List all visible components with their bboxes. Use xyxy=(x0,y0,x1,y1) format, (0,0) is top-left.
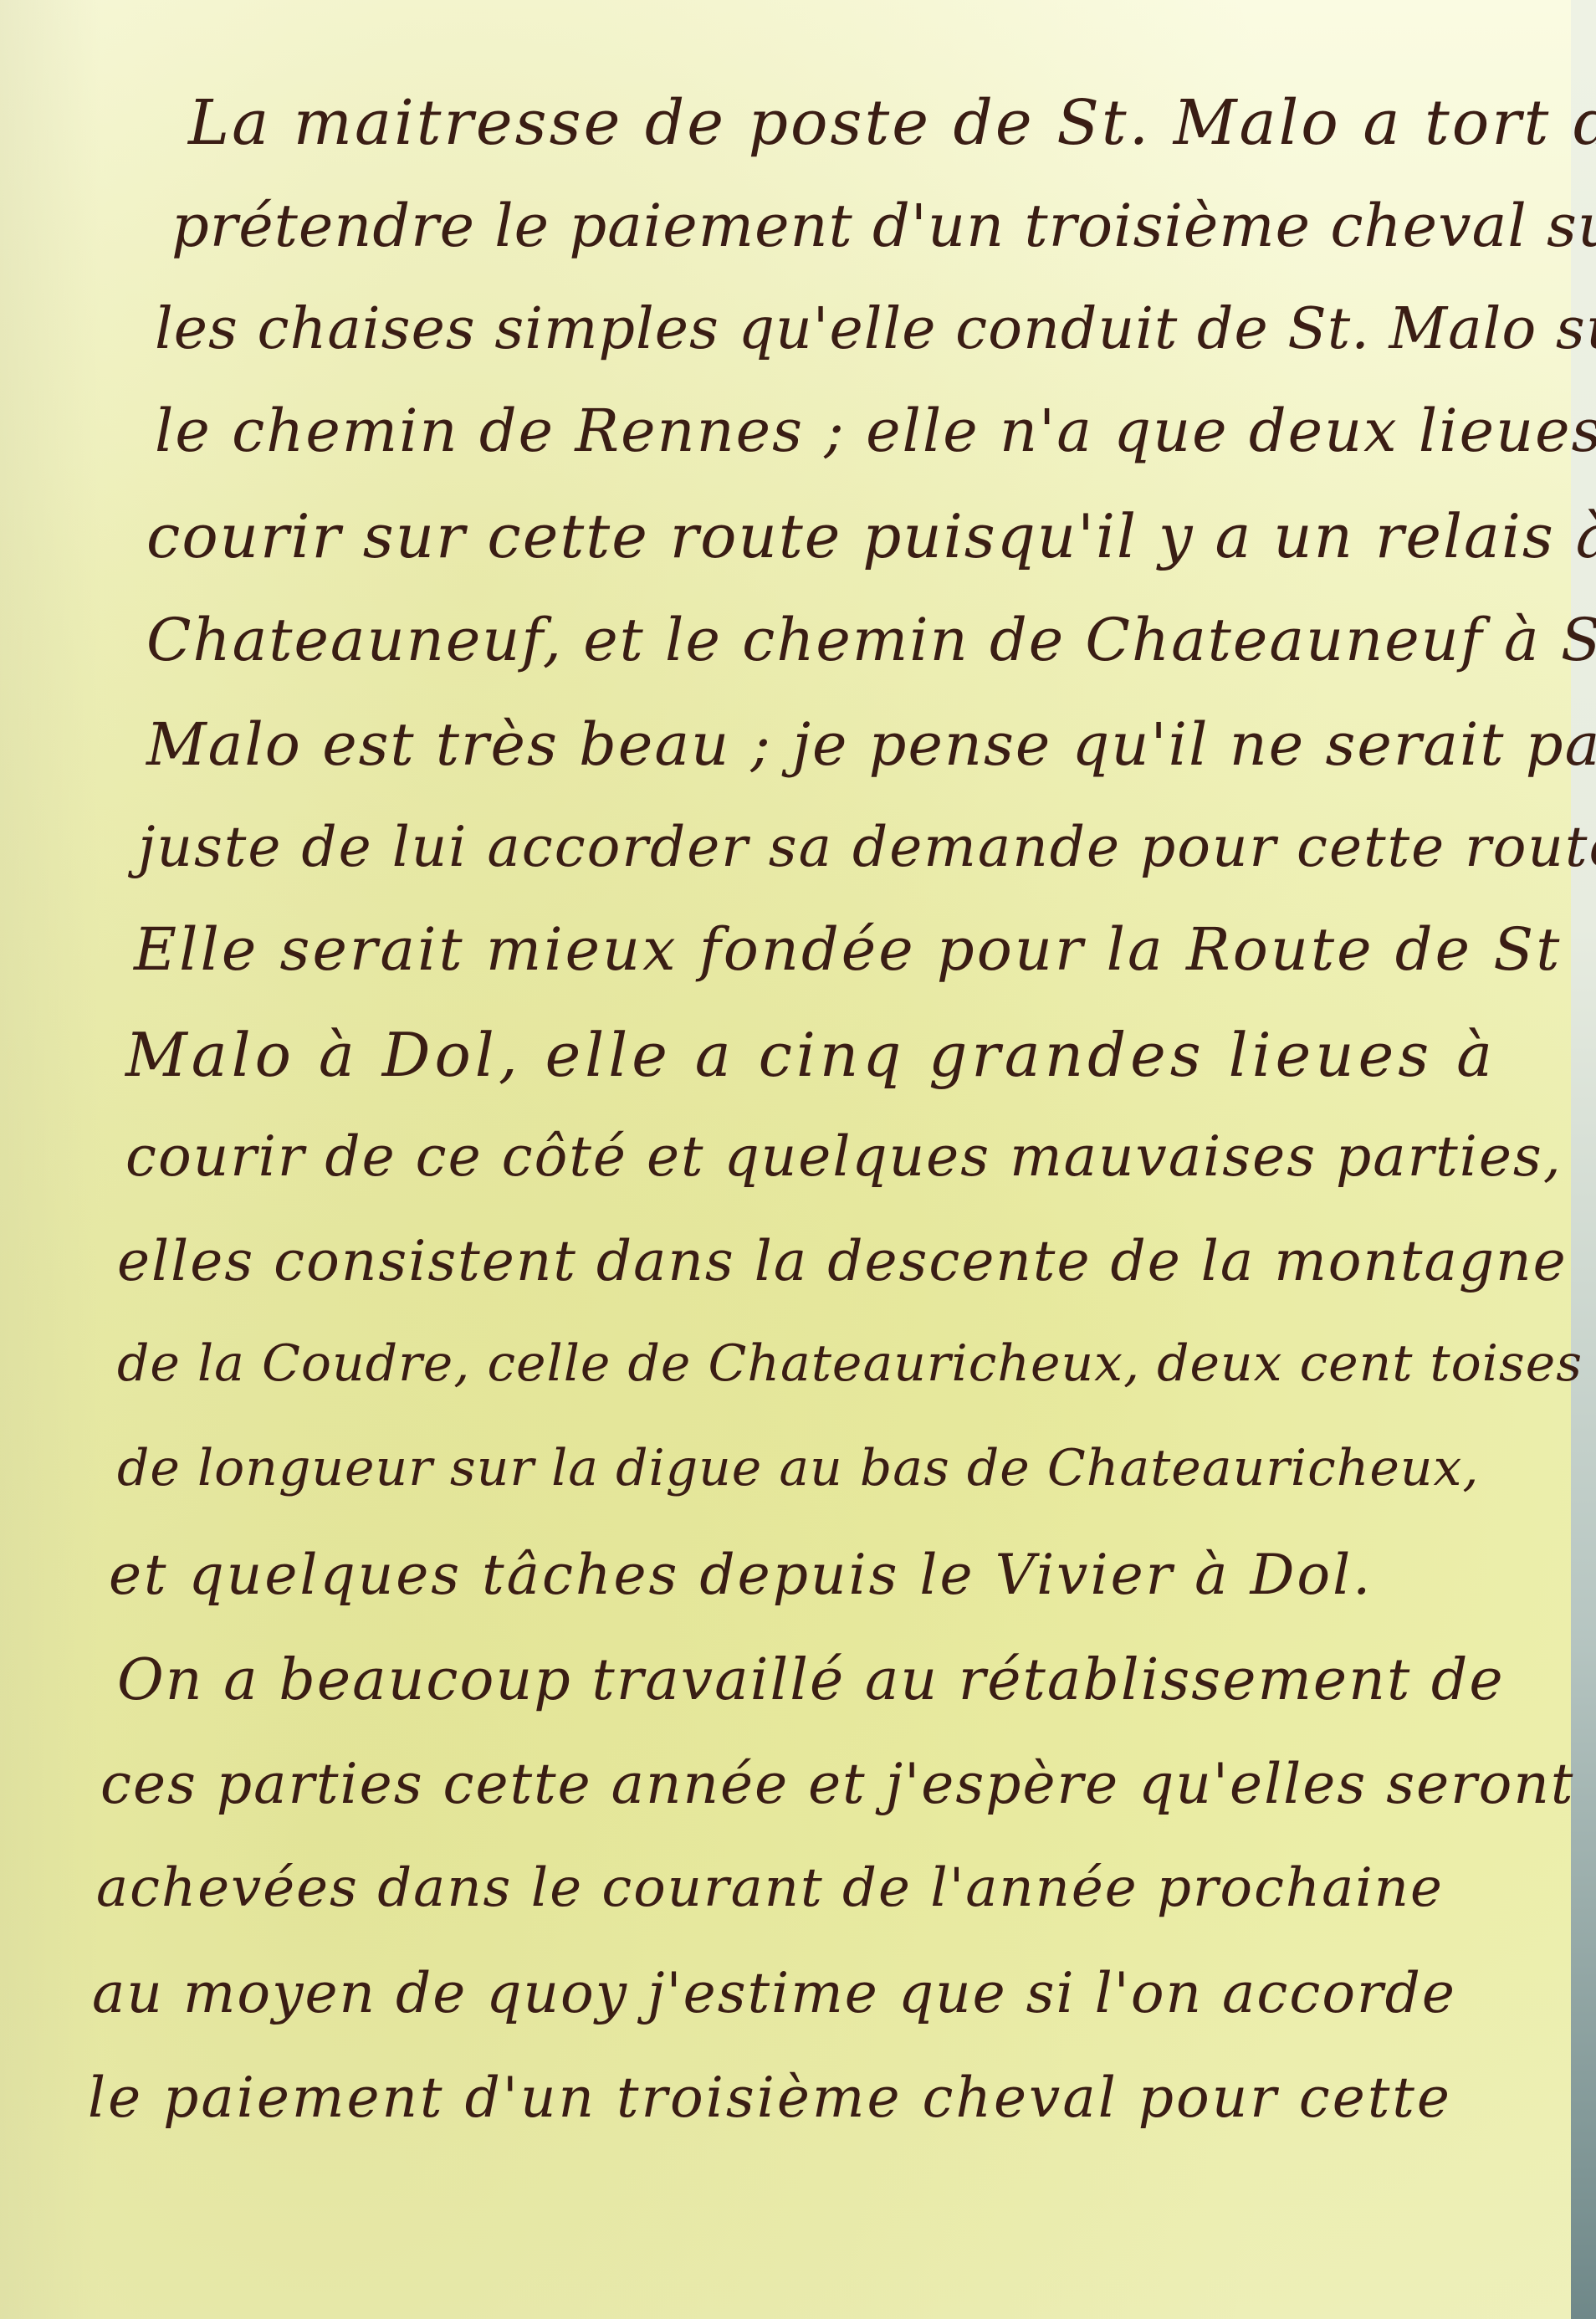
manuscript-line-6: Chateauneuf, et le chemin de Chateauneuf… xyxy=(146,611,1596,669)
manuscript-line-18: achevées dans le courant de l'année proc… xyxy=(96,1861,1444,1915)
manuscript-line-19: au moyen de quoy j'estime que si l'on ac… xyxy=(92,1966,1456,2021)
manuscript-text: La maitresse de poste de St. Malo a tort… xyxy=(0,0,1571,2319)
manuscript-line-15: et quelques tâches depuis le Vivier à Do… xyxy=(109,1548,1373,1603)
manuscript-line-9: Elle serait mieux fondée pour la Route d… xyxy=(134,920,1562,979)
manuscript-line-13: de la Coudre, celle de Chateauricheux, d… xyxy=(117,1339,1583,1389)
manuscript-line-16: On a beaucoup travaillé au rétablissemen… xyxy=(117,1652,1505,1709)
manuscript-line-14: de longueur sur la digue au bas de Chate… xyxy=(117,1443,1479,1493)
manuscript-line-12: elles consistent dans la descente de la … xyxy=(117,1234,1568,1289)
manuscript-line-8: juste de lui accorder sa demande pour ce… xyxy=(138,820,1596,875)
manuscript-line-2: prétendre le paiement d'un troisième che… xyxy=(171,197,1596,255)
manuscript-line-5: courir sur cette route puisqu'il y a un … xyxy=(146,506,1596,566)
manuscript-line-11: courir de ce côté et quelques mauvaises … xyxy=(125,1129,1563,1185)
manuscript-line-4: le chemin de Rennes ; elle n'a que deux … xyxy=(155,402,1596,460)
manuscript-line-3: les chaises simples qu'elle conduit de S… xyxy=(155,301,1596,358)
manuscript-line-1: La maitresse de poste de St. Malo a tort… xyxy=(188,92,1596,154)
manuscript-line-7: Malo est très beau ; je pense qu'il ne s… xyxy=(146,715,1596,774)
manuscript-line-10: Malo à Dol, elle a cinq grandes lieues à xyxy=(125,1025,1496,1085)
manuscript-line-17: ces parties cette année et j'espère qu'e… xyxy=(100,1757,1574,1812)
manuscript-line-20: le paiement d'un troisième cheval pour c… xyxy=(88,2071,1452,2126)
